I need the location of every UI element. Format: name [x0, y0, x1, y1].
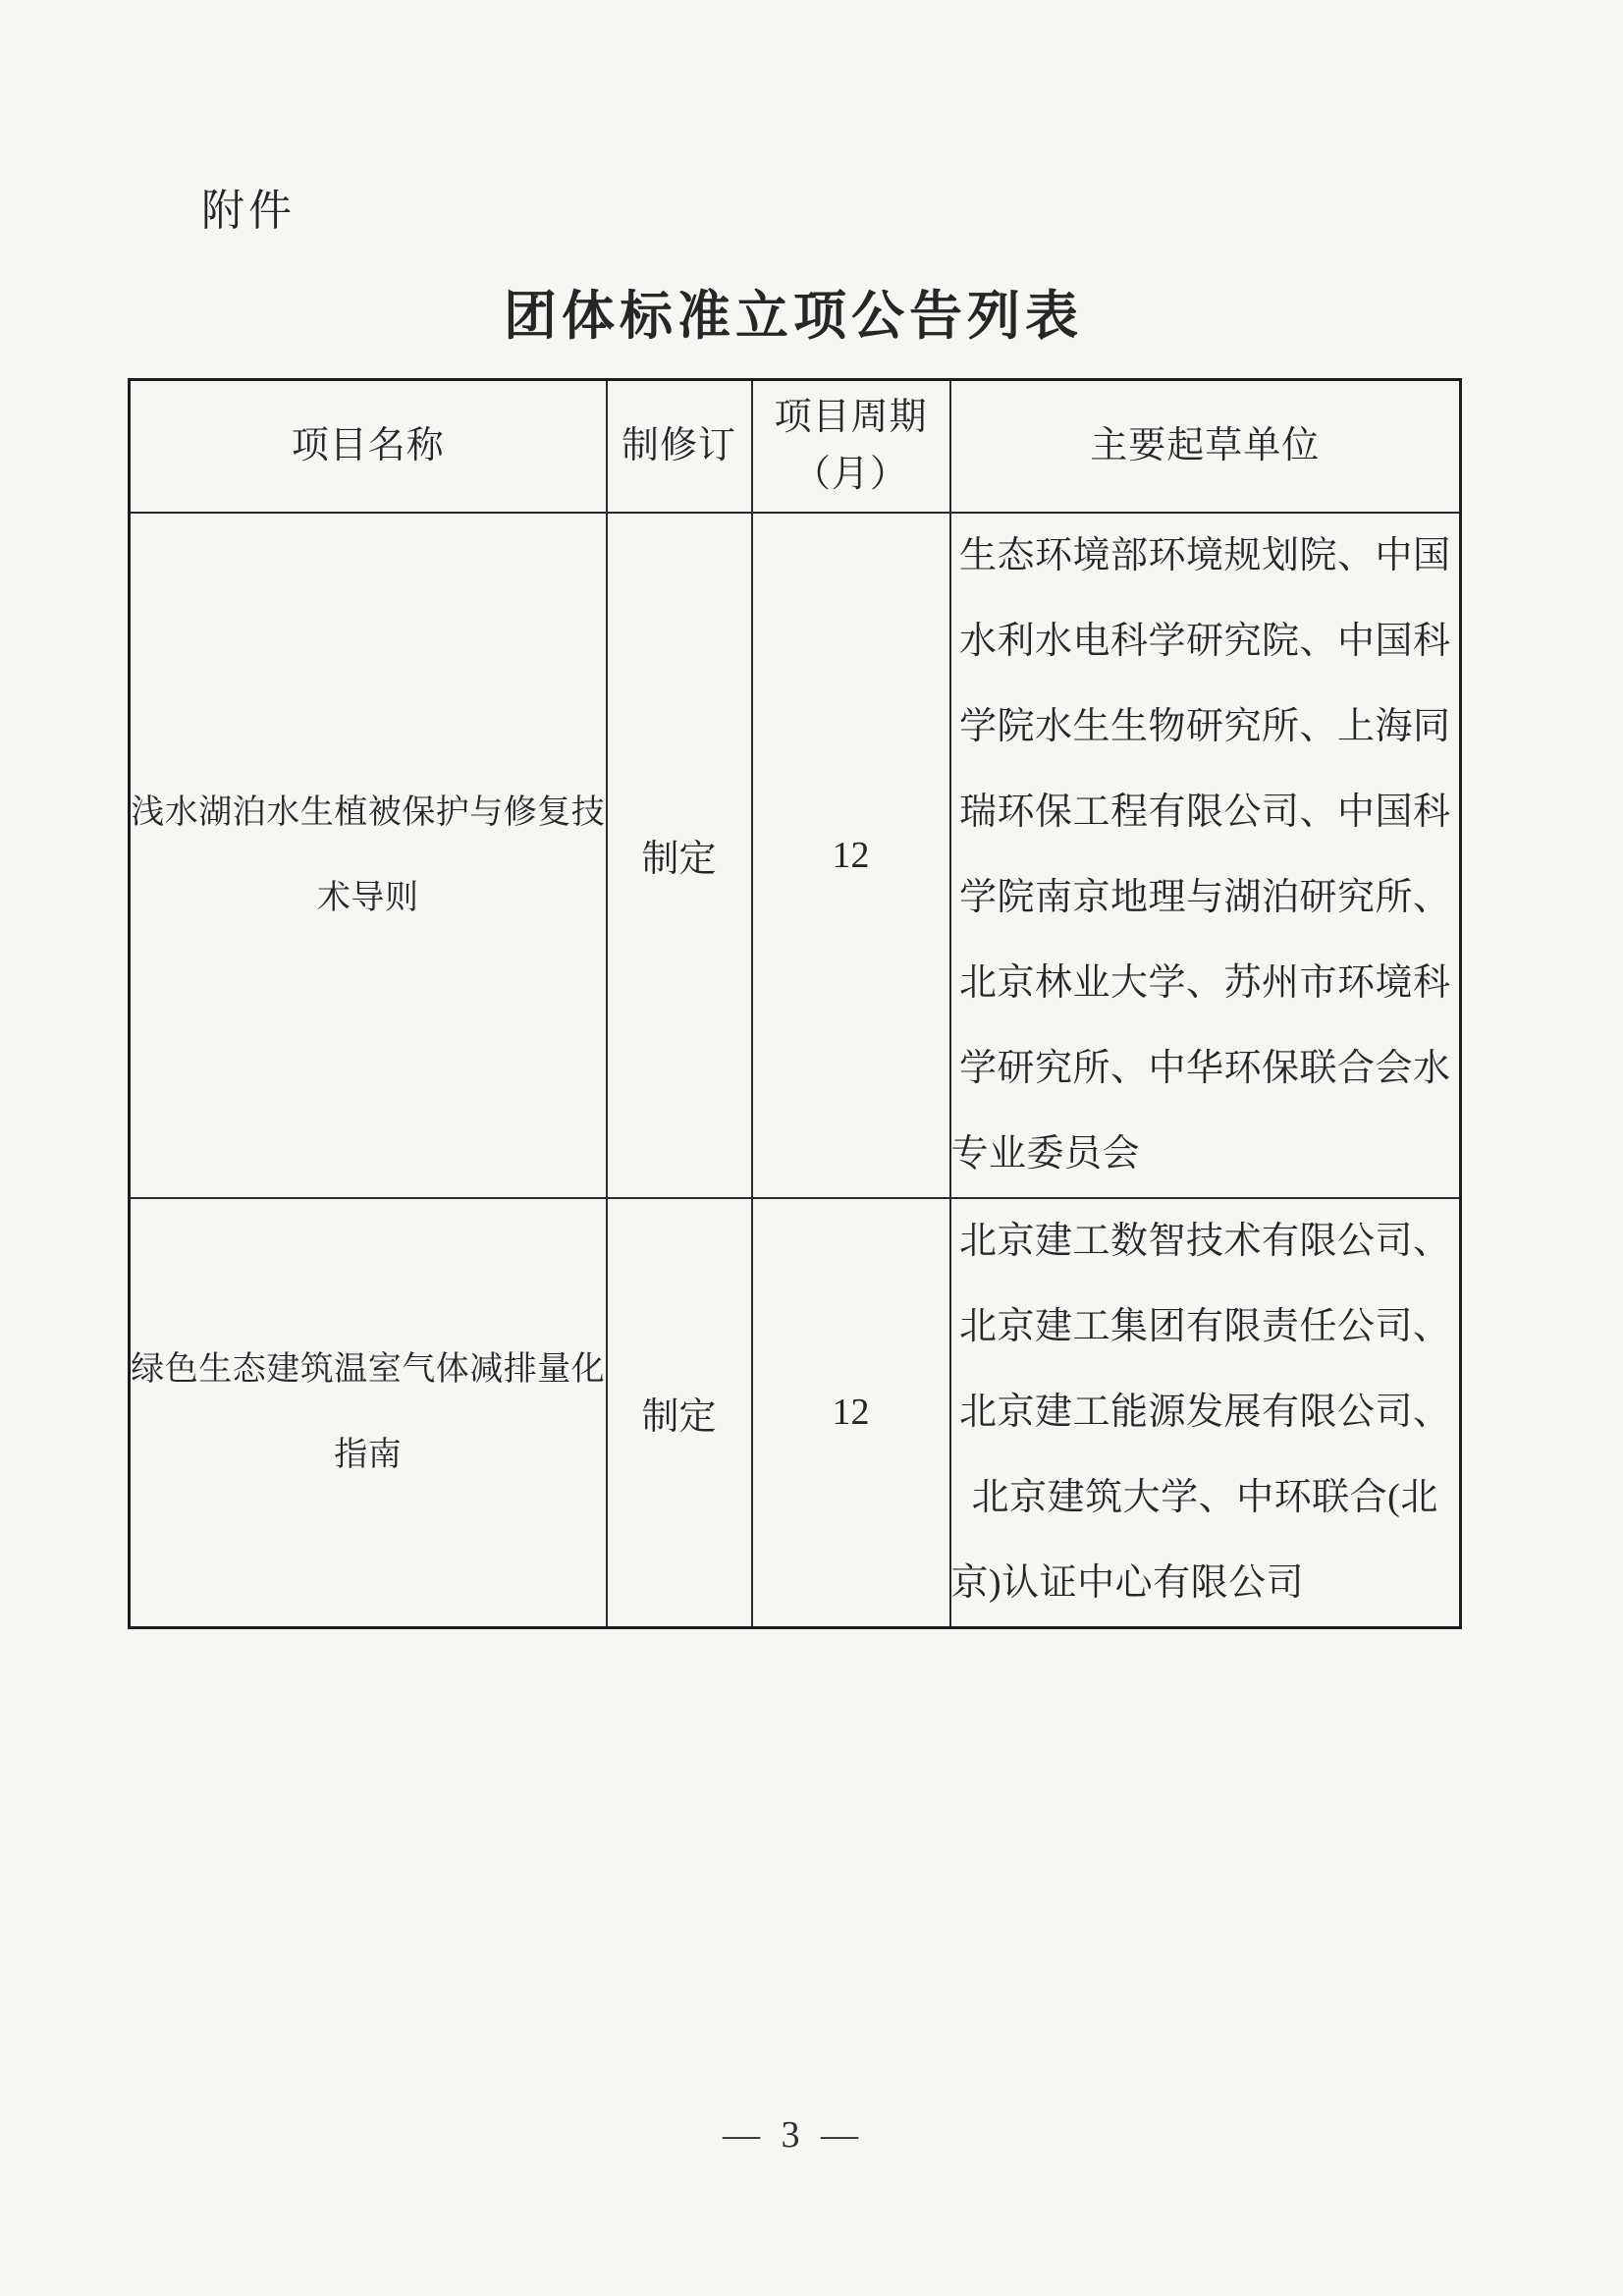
header-project-name: 项目名称 — [130, 380, 607, 513]
drafting-units-cell: 生态环境部环境规划院、中国水利水电科学研究院、中国科学院水生生物研究所、上海同瑞… — [950, 513, 1461, 1198]
project-name-cell: 浅水湖泊水生植被保护与修复技术导则 — [130, 513, 607, 1198]
page-number: — 3 — — [128, 2113, 1459, 2157]
revision-type-cell: 制定 — [607, 513, 752, 1198]
period-months-cell: 12 — [752, 513, 950, 1198]
document-page: 附件 团体标准立项公告列表 项目名称 制修订 项目周期 （月） 主要起草单位 浅… — [0, 0, 1623, 2296]
header-revision-type: 制修订 — [607, 380, 752, 513]
header-drafting-units: 主要起草单位 — [950, 380, 1461, 513]
project-name-cell: 绿色生态建筑温室气体减排量化指南 — [130, 1198, 607, 1628]
page-title: 团体标准立项公告列表 — [128, 287, 1459, 346]
attachment-label: 附件 — [201, 187, 296, 236]
header-project-period: 项目周期 （月） — [752, 380, 950, 513]
standards-table: 项目名称 制修订 项目周期 （月） 主要起草单位 浅水湖泊水生植被保护与修复技术… — [128, 378, 1462, 1629]
revision-type-cell: 制定 — [607, 1198, 752, 1628]
drafting-units-cell: 北京建工数智技术有限公司、北京建工集团有限责任公司、北京建工能源发展有限公司、北… — [950, 1198, 1461, 1628]
table-row: 绿色生态建筑温室气体减排量化指南 制定 12 北京建工数智技术有限公司、北京建工… — [130, 1198, 1461, 1628]
table-row: 浅水湖泊水生植被保护与修复技术导则 制定 12 生态环境部环境规划院、中国水利水… — [130, 513, 1461, 1198]
table-header-row: 项目名称 制修订 项目周期 （月） 主要起草单位 — [130, 380, 1461, 513]
period-months-cell: 12 — [752, 1198, 950, 1628]
